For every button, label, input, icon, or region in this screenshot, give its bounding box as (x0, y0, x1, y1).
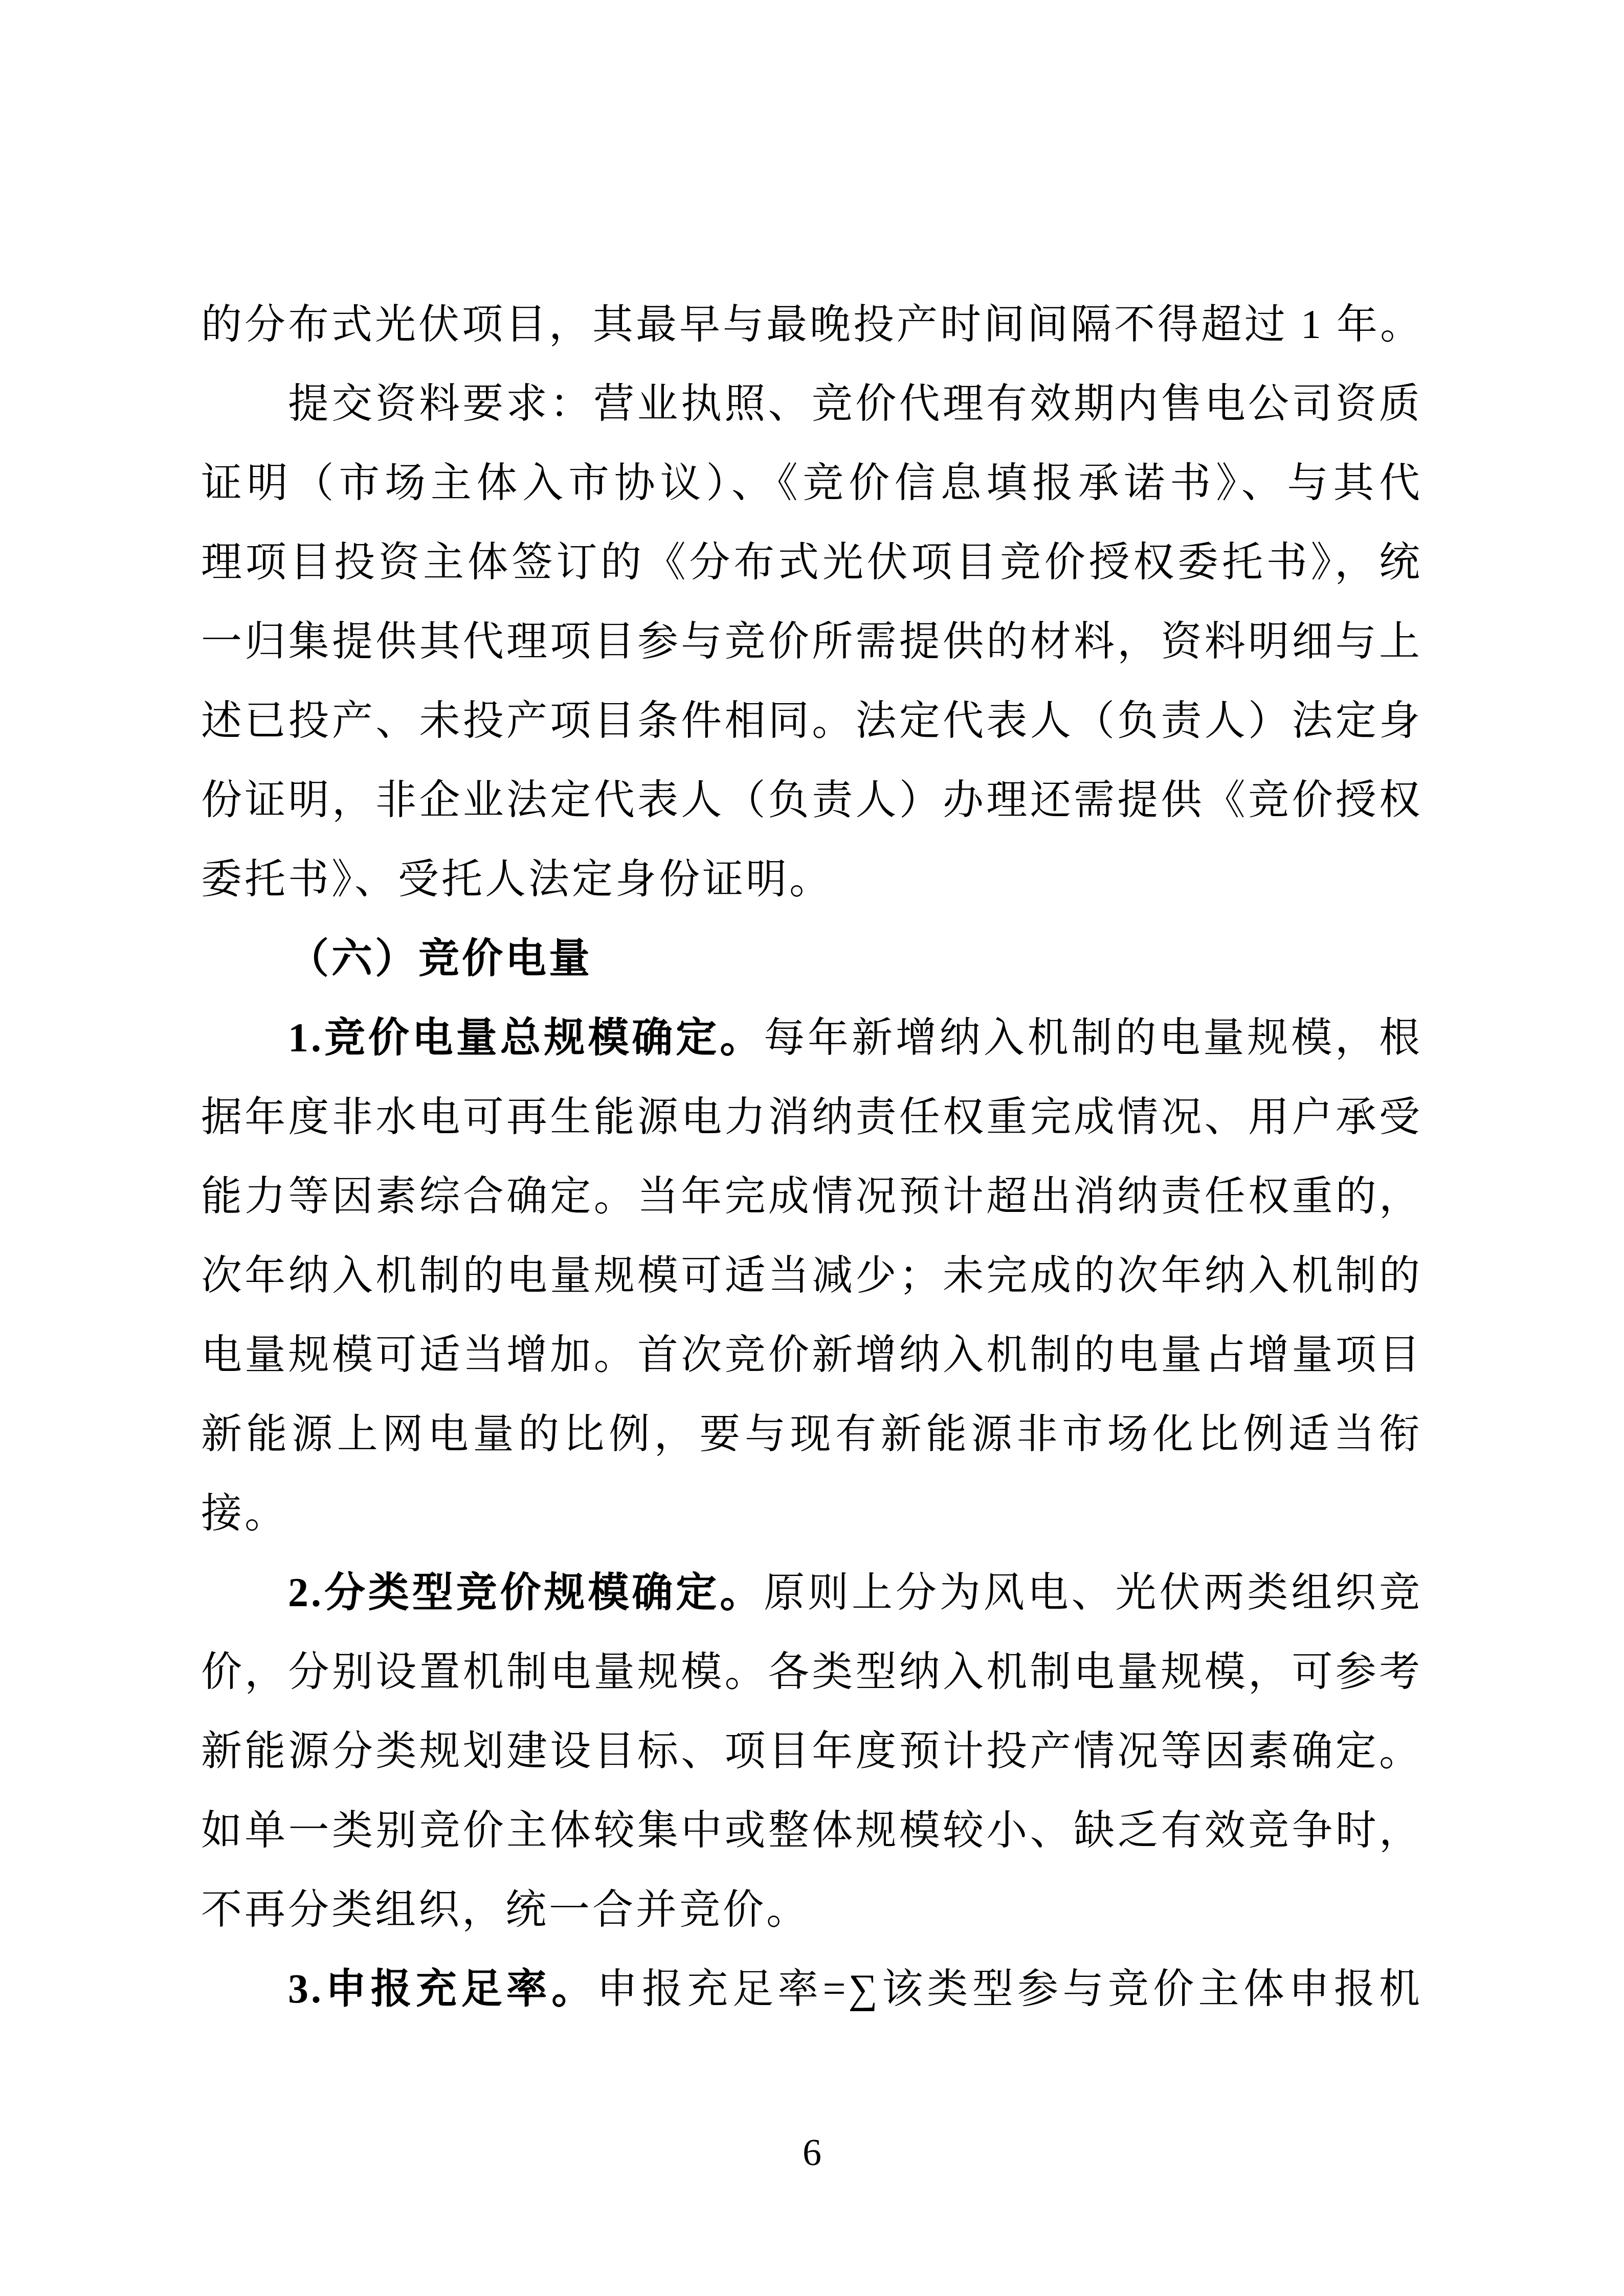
text-line: 据年度非水电可再生能源电力消纳责任权重完成情况、用户承受 (201, 1078, 1422, 1157)
text-run: 能力等因素综合确定。当年完成情况预计超出消纳责任权重的， (201, 1174, 1422, 1219)
text-line: （六）竞价电量 (201, 919, 1422, 999)
bold-text-run: 1.竞价电量总规模确定。 (288, 1016, 764, 1061)
text-line: 一归集提供其代理项目参与竞价所需提供的材料，资料明细与上 (201, 602, 1422, 682)
text-run: 份证明，非企业法定代表人（负责人）办理还需提供《竞价授权 (201, 778, 1422, 823)
text-run: 不再分类组织，统一合并竞价。 (201, 1887, 810, 1932)
text-run: 的分布式光伏项目，其最早与最晚投产时间间隔不得超过 1 年。 (201, 302, 1423, 347)
text-line: 电量规模可适当增加。首次竞价新增纳入机制的电量占增量项目 (201, 1316, 1422, 1395)
text-line: 价，分别设置机制电量规模。各类型纳入机制电量规模，可参考 (201, 1633, 1422, 1712)
text-run: 新能源上网电量的比例，要与现有新能源非市场化比例适当衔 (201, 1412, 1422, 1457)
text-line: 不再分类组织，统一合并竞价。 (201, 1871, 1422, 1950)
text-run: 次年纳入机制的电量规模可适当减少；未完成的次年纳入机制的 (201, 1253, 1422, 1298)
text-run: 提交资料要求：营业执照、竞价代理有效期内售电公司资质 (288, 381, 1422, 426)
text-line: 证明（市场主体入市协议）、《竞价信息填报承诺书》、与其代 (201, 444, 1422, 523)
text-line: 接。 (201, 1474, 1422, 1554)
text-line: 的分布式光伏项目，其最早与最晚投产时间间隔不得超过 1 年。 (201, 285, 1422, 365)
text-run: 电量规模可适当增加。首次竞价新增纳入机制的电量占增量项目 (201, 1333, 1422, 1378)
text-run: 价，分别设置机制电量规模。各类型纳入机制电量规模，可参考 (201, 1650, 1422, 1695)
text-line: 如单一类别竞价主体较集中或整体规模较小、缺乏有效竞争时， (201, 1791, 1422, 1871)
bold-text-run: 3.申报充足率。 (288, 1967, 597, 2012)
text-run: 每年新增纳入机制的电量规模，根 (764, 1016, 1422, 1061)
text-line: 述已投产、未投产项目条件相同。法定代表人（负责人）法定身 (201, 682, 1422, 761)
text-line: 能力等因素综合确定。当年完成情况预计超出消纳责任权重的， (201, 1157, 1422, 1236)
text-run: 据年度非水电可再生能源电力消纳责任权重完成情况、用户承受 (201, 1095, 1422, 1140)
text-line: 新能源分类规划建设目标、项目年度预计投产情况等因素确定。 (201, 1712, 1422, 1791)
text-run: 接。 (201, 1491, 288, 1536)
text-run: 如单一类别竞价主体较集中或整体规模较小、缺乏有效竞争时， (201, 1808, 1422, 1853)
text-run: 委托书》、受托人法定身份证明。 (201, 857, 833, 902)
text-run: 理项目投资主体签订的《分布式光伏项目竞价授权委托书》，统 (201, 540, 1422, 585)
text-run: 申报充足率=∑该类型参与竞价主体申报机 (597, 1967, 1422, 2012)
text-line: 2.分类型竞价规模确定。原则上分为风电、光伏两类组织竞 (201, 1554, 1422, 1633)
text-line: 提交资料要求：营业执照、竞价代理有效期内售电公司资质 (201, 365, 1422, 444)
text-line: 3.申报充足率。申报充足率=∑该类型参与竞价主体申报机 (201, 1950, 1422, 2029)
text-line: 理项目投资主体签订的《分布式光伏项目竞价授权委托书》，统 (201, 523, 1422, 602)
text-run: 新能源分类规划建设目标、项目年度预计投产情况等因素确定。 (201, 1729, 1422, 1774)
bold-text-run: 2.分类型竞价规模确定。 (288, 1570, 764, 1615)
document-body: 的分布式光伏项目，其最早与最晚投产时间间隔不得超过 1 年。提交资料要求：营业执… (201, 285, 1422, 2029)
text-run: 一归集提供其代理项目参与竞价所需提供的材料，资料明细与上 (201, 619, 1422, 664)
text-line: 委托书》、受托人法定身份证明。 (201, 840, 1422, 919)
text-line: 新能源上网电量的比例，要与现有新能源非市场化比例适当衔 (201, 1395, 1422, 1474)
text-line: 次年纳入机制的电量规模可适当减少；未完成的次年纳入机制的 (201, 1236, 1422, 1316)
text-run: 述已投产、未投产项目条件相同。法定代表人（负责人）法定身 (201, 699, 1422, 744)
text-line: 份证明，非企业法定代表人（负责人）办理还需提供《竞价授权 (201, 761, 1422, 840)
text-run: 原则上分为风电、光伏两类组织竞 (764, 1570, 1422, 1615)
bold-text-run: （六）竞价电量 (288, 936, 592, 981)
text-line: 1.竞价电量总规模确定。每年新增纳入机制的电量规模，根 (201, 999, 1422, 1078)
text-run: 证明（市场主体入市协议）、《竞价信息填报承诺书》、与其代 (201, 461, 1422, 506)
document-page: 的分布式光伏项目，其最早与最晚投产时间间隔不得超过 1 年。提交资料要求：营业执… (0, 0, 1624, 2296)
page-number: 6 (0, 2122, 1624, 2184)
